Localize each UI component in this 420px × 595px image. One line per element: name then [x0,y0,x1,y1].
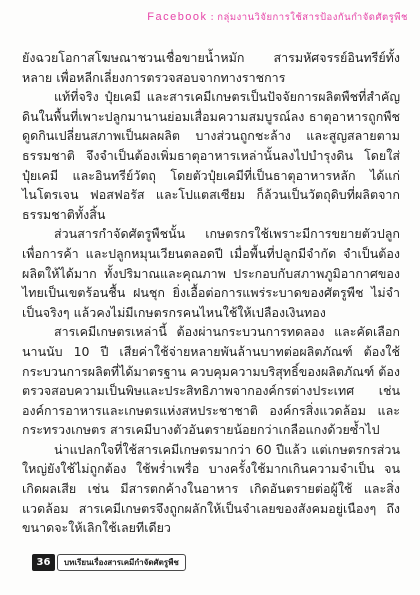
page-number-badge: 36 [32,554,55,571]
header-separator: : [208,12,218,23]
paragraph: ส่วนสารกำจัดศัตรูพืชนั้น เกษตรกรใช้เพราะ… [22,224,400,322]
facebook-label: Facebook [147,11,207,23]
page-footer: 36 บทเรียนเรื่องสารเคมีกำจัดศัตรูพืช [32,554,186,571]
facebook-page-name: กลุ่มงานวิจัยการใช้สารป้องกันกำจัดศัตรูพ… [217,12,408,23]
paragraph: สารเคมีเกษตรเหล่านี้ ต้องผ่านกระบวนการทด… [22,322,400,440]
paragraph: ยังฉวยโอกาสโฆษณาชวนเชื่อขายน้ำหมัก สารมห… [22,48,400,87]
paragraph: แท้ที่จริง ปุ๋ยเคมี และสารเคมีเกษตรเป็นป… [22,87,400,224]
document-page: Facebook:กลุ่มงานวิจัยการใช้สารป้องกันกำ… [0,0,420,595]
page-header: Facebook:กลุ่มงานวิจัยการใช้สารป้องกันกำ… [147,10,408,25]
book-title: บทเรียนเรื่องสารเคมีกำจัดศัตรูพืช [57,554,186,571]
paragraph: น่าแปลกใจที่ใช้สารเคมีเกษตรมากว่า 60 ปีแ… [22,440,400,538]
body-text: ยังฉวยโอกาสโฆษณาชวนเชื่อขายน้ำหมัก สารมห… [22,48,400,538]
